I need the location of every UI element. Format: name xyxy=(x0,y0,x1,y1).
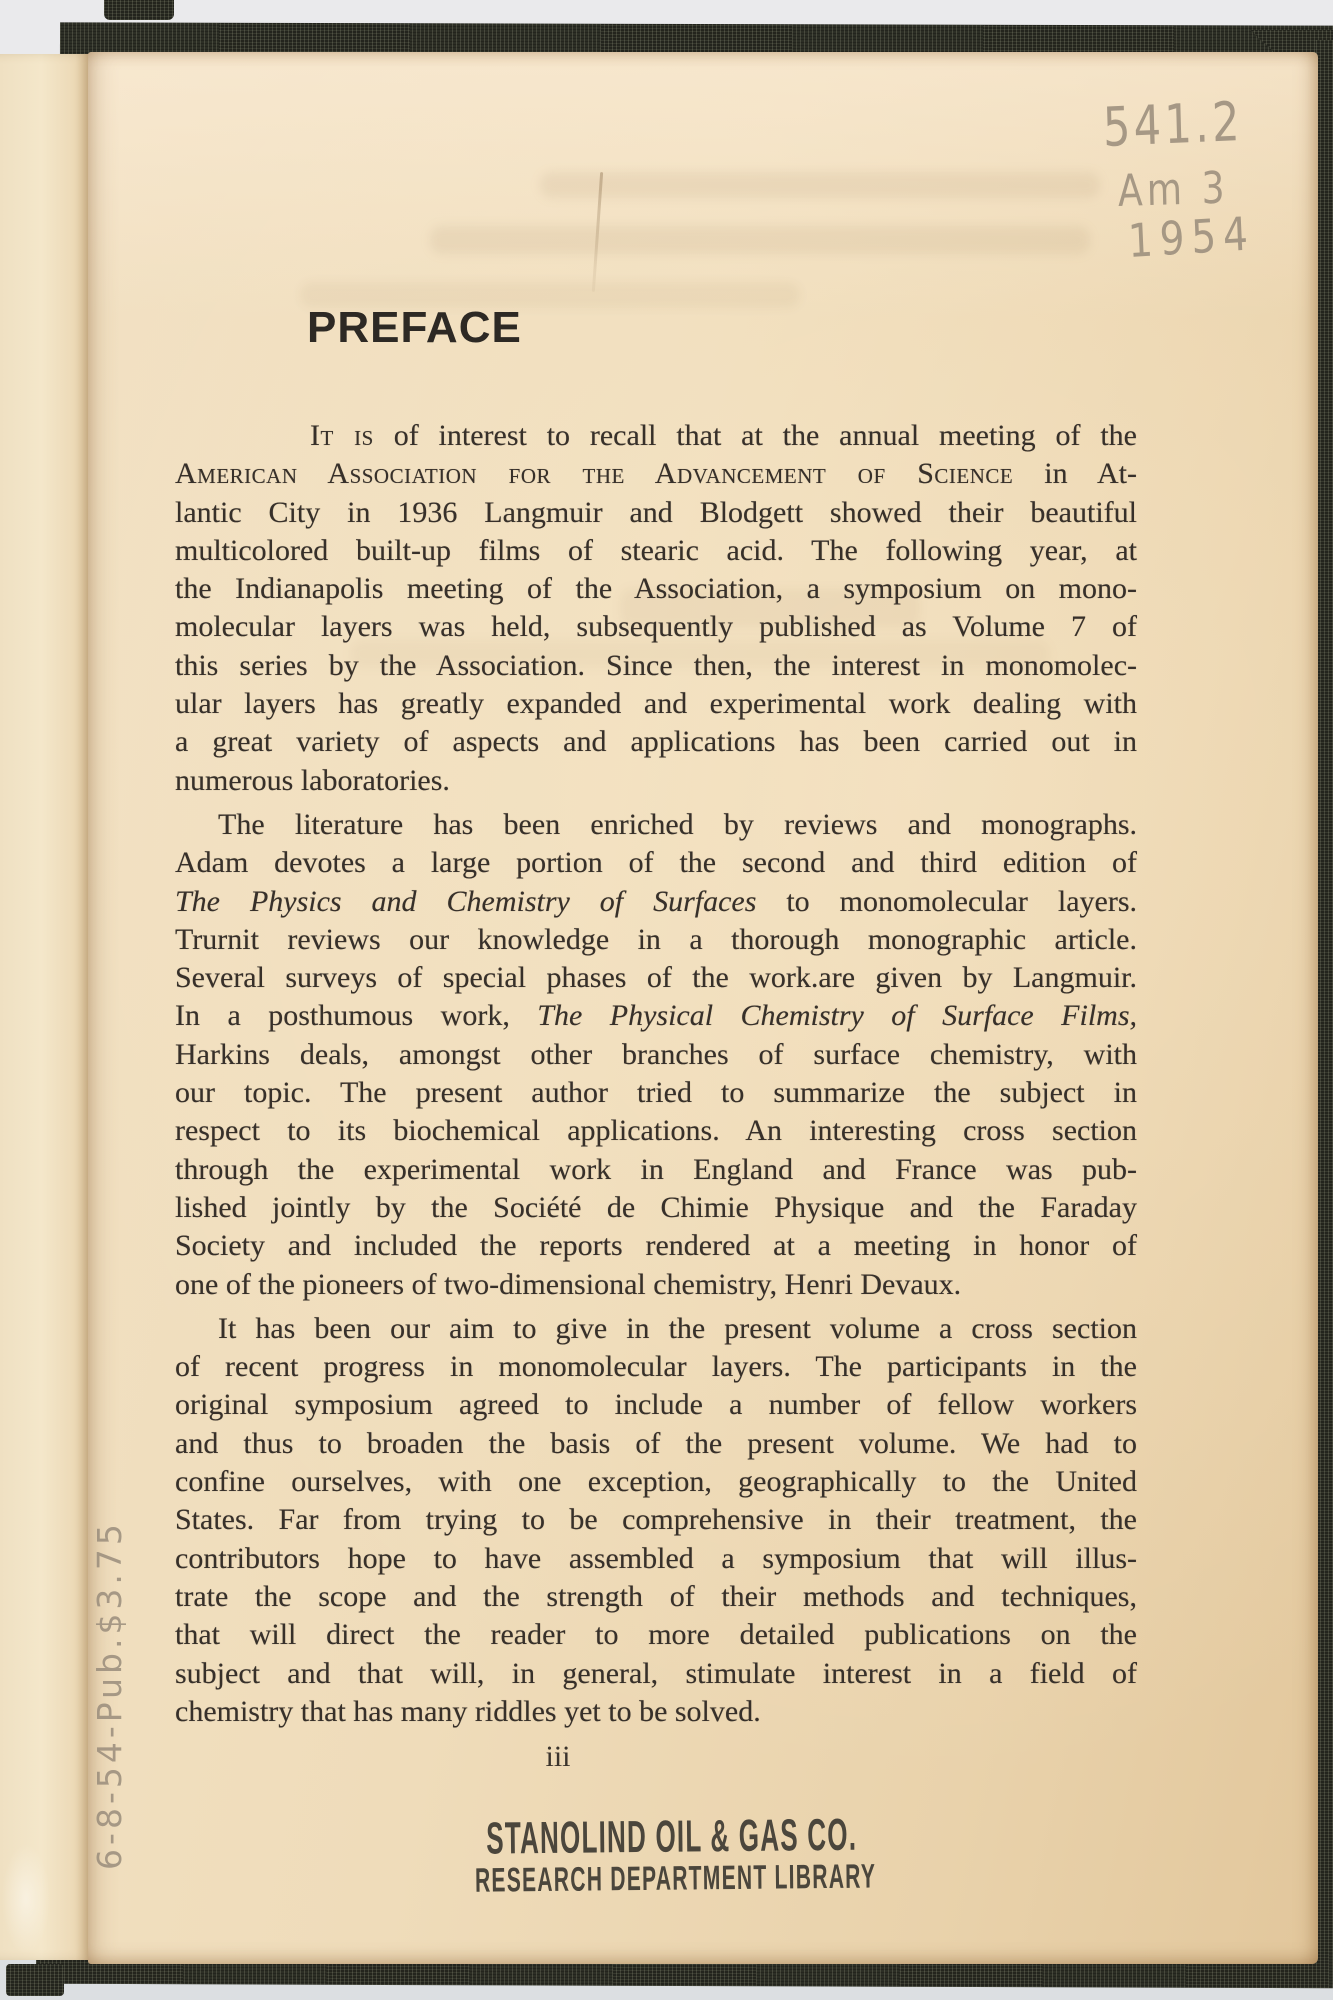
text-line: Harkins deals, amongst other branches of… xyxy=(175,1036,1137,1074)
page-number: iii xyxy=(518,1740,598,1774)
text-segment: In a posthumous work, xyxy=(175,999,537,1032)
text-segment: It is xyxy=(310,419,374,452)
paragraph: The literature has been enriched by revi… xyxy=(175,806,1137,1304)
text-line: lantic City in 1936 Langmuir and Blodget… xyxy=(175,494,1137,532)
text-line: subject and that will, in general, stimu… xyxy=(175,1655,1137,1693)
text-line: The literature has been enriched by revi… xyxy=(175,806,1137,844)
book-cover-bottom-left-corner xyxy=(6,1964,64,1996)
text-line: chemistry that has many riddles yet to b… xyxy=(175,1693,1137,1731)
call-number-line: 1954 xyxy=(1127,206,1256,268)
text-line: States. Far from trying to be comprehens… xyxy=(175,1501,1137,1539)
paragraph: It is of interest to recall that at the … xyxy=(175,417,1137,800)
text-line: of recent progress in monomolecular laye… xyxy=(175,1348,1137,1386)
paragraph: It has been our aim to give in the prese… xyxy=(175,1310,1137,1731)
text-line: that will direct the reader to more deta… xyxy=(175,1616,1137,1654)
text-line: numerous laboratories. xyxy=(175,762,1137,800)
text-line: this series by the Association. Since th… xyxy=(175,647,1137,685)
text-line: one of the pioneers of two-dimensional c… xyxy=(175,1266,1137,1304)
text-line: our topic. The present author tried to s… xyxy=(175,1074,1137,1112)
text-line: In a posthumous work, The Physical Chemi… xyxy=(175,997,1137,1035)
text-line: through the experimental work in England… xyxy=(175,1151,1137,1189)
library-stamp-text: STANOLIND OIL & GAS CO. xyxy=(486,1809,857,1865)
library-stamp-line-2: RESEARCH DEPARTMENT LIBRARY xyxy=(352,1859,730,1902)
accession-price-note: 6-8-54-Pub.$3.75 xyxy=(90,1480,134,1910)
text-line: ular layers has greatly expanded and exp… xyxy=(175,685,1137,723)
text-segment: American Association for the Advancement… xyxy=(175,457,1013,490)
text-line: The Physics and Chemistry of Surfaces to… xyxy=(175,883,1137,921)
text-segment: in At- xyxy=(1013,457,1137,490)
text-segment: to monomolecular layers. xyxy=(756,885,1137,918)
text-line: and thus to broaden the basis of the pre… xyxy=(175,1425,1137,1463)
text-line: contributors hope to have assembled a sy… xyxy=(175,1540,1137,1578)
italic-title-text: The Physical Chemistry of Surface Films, xyxy=(537,999,1137,1032)
text-line: multicolored built-up films of stearic a… xyxy=(175,532,1137,570)
preface-heading: PREFACE xyxy=(307,306,522,350)
text-line: American Association for the Advancement… xyxy=(175,455,1137,493)
bleed-through-ghost xyxy=(430,226,1090,254)
text-line: Society and included the reports rendere… xyxy=(175,1227,1137,1265)
text-line: the Indianapolis meeting of the Associat… xyxy=(175,570,1137,608)
text-line: It has been our aim to give in the prese… xyxy=(175,1310,1137,1348)
text-line: lished jointly by the Société de Chimie … xyxy=(175,1189,1137,1227)
text-line: molecular layers was held, subsequently … xyxy=(175,608,1137,646)
text-line: original symposium agreed to include a n… xyxy=(175,1386,1137,1424)
text-line: Adam devotes a large portion of the seco… xyxy=(175,844,1137,882)
book-cover-right-edge xyxy=(1316,40,1333,1985)
preface-body: It is of interest to recall that at the … xyxy=(175,417,1137,1731)
bleed-through-ghost xyxy=(540,172,1100,198)
text-line: confine ourselves, with one exception, g… xyxy=(175,1463,1137,1501)
library-stamp-line-1: STANOLIND OIL & GAS CO. xyxy=(352,1810,731,1866)
call-number-line: 541.2 xyxy=(1102,90,1243,159)
text-line: trate the scope and the strength of thei… xyxy=(175,1578,1137,1616)
gutter-stain xyxy=(2,1844,50,1954)
book-page-photo: 541.2 Am 3 1954 6-8-54-Pub.$3.75 PREFACE… xyxy=(0,0,1333,2000)
library-stamp-text: RESEARCH DEPARTMENT LIBRARY xyxy=(475,1857,877,1900)
cover-clamp-edge xyxy=(104,0,174,20)
text-line: Several surveys of special phases of the… xyxy=(175,959,1137,997)
italic-title-text: The Physics and Chemistry of Surfaces xyxy=(175,885,756,918)
text-line: a great variety of aspects and applicati… xyxy=(175,723,1137,761)
text-line: Trurnit reviews our knowledge in a thoro… xyxy=(175,921,1137,959)
text-segment: of interest to recall that at the annual… xyxy=(374,419,1137,452)
text-line: respect to its biochemical applications.… xyxy=(175,1112,1137,1150)
page-gutter xyxy=(0,54,92,1960)
text-line: It is of interest to recall that at the … xyxy=(175,417,1137,455)
